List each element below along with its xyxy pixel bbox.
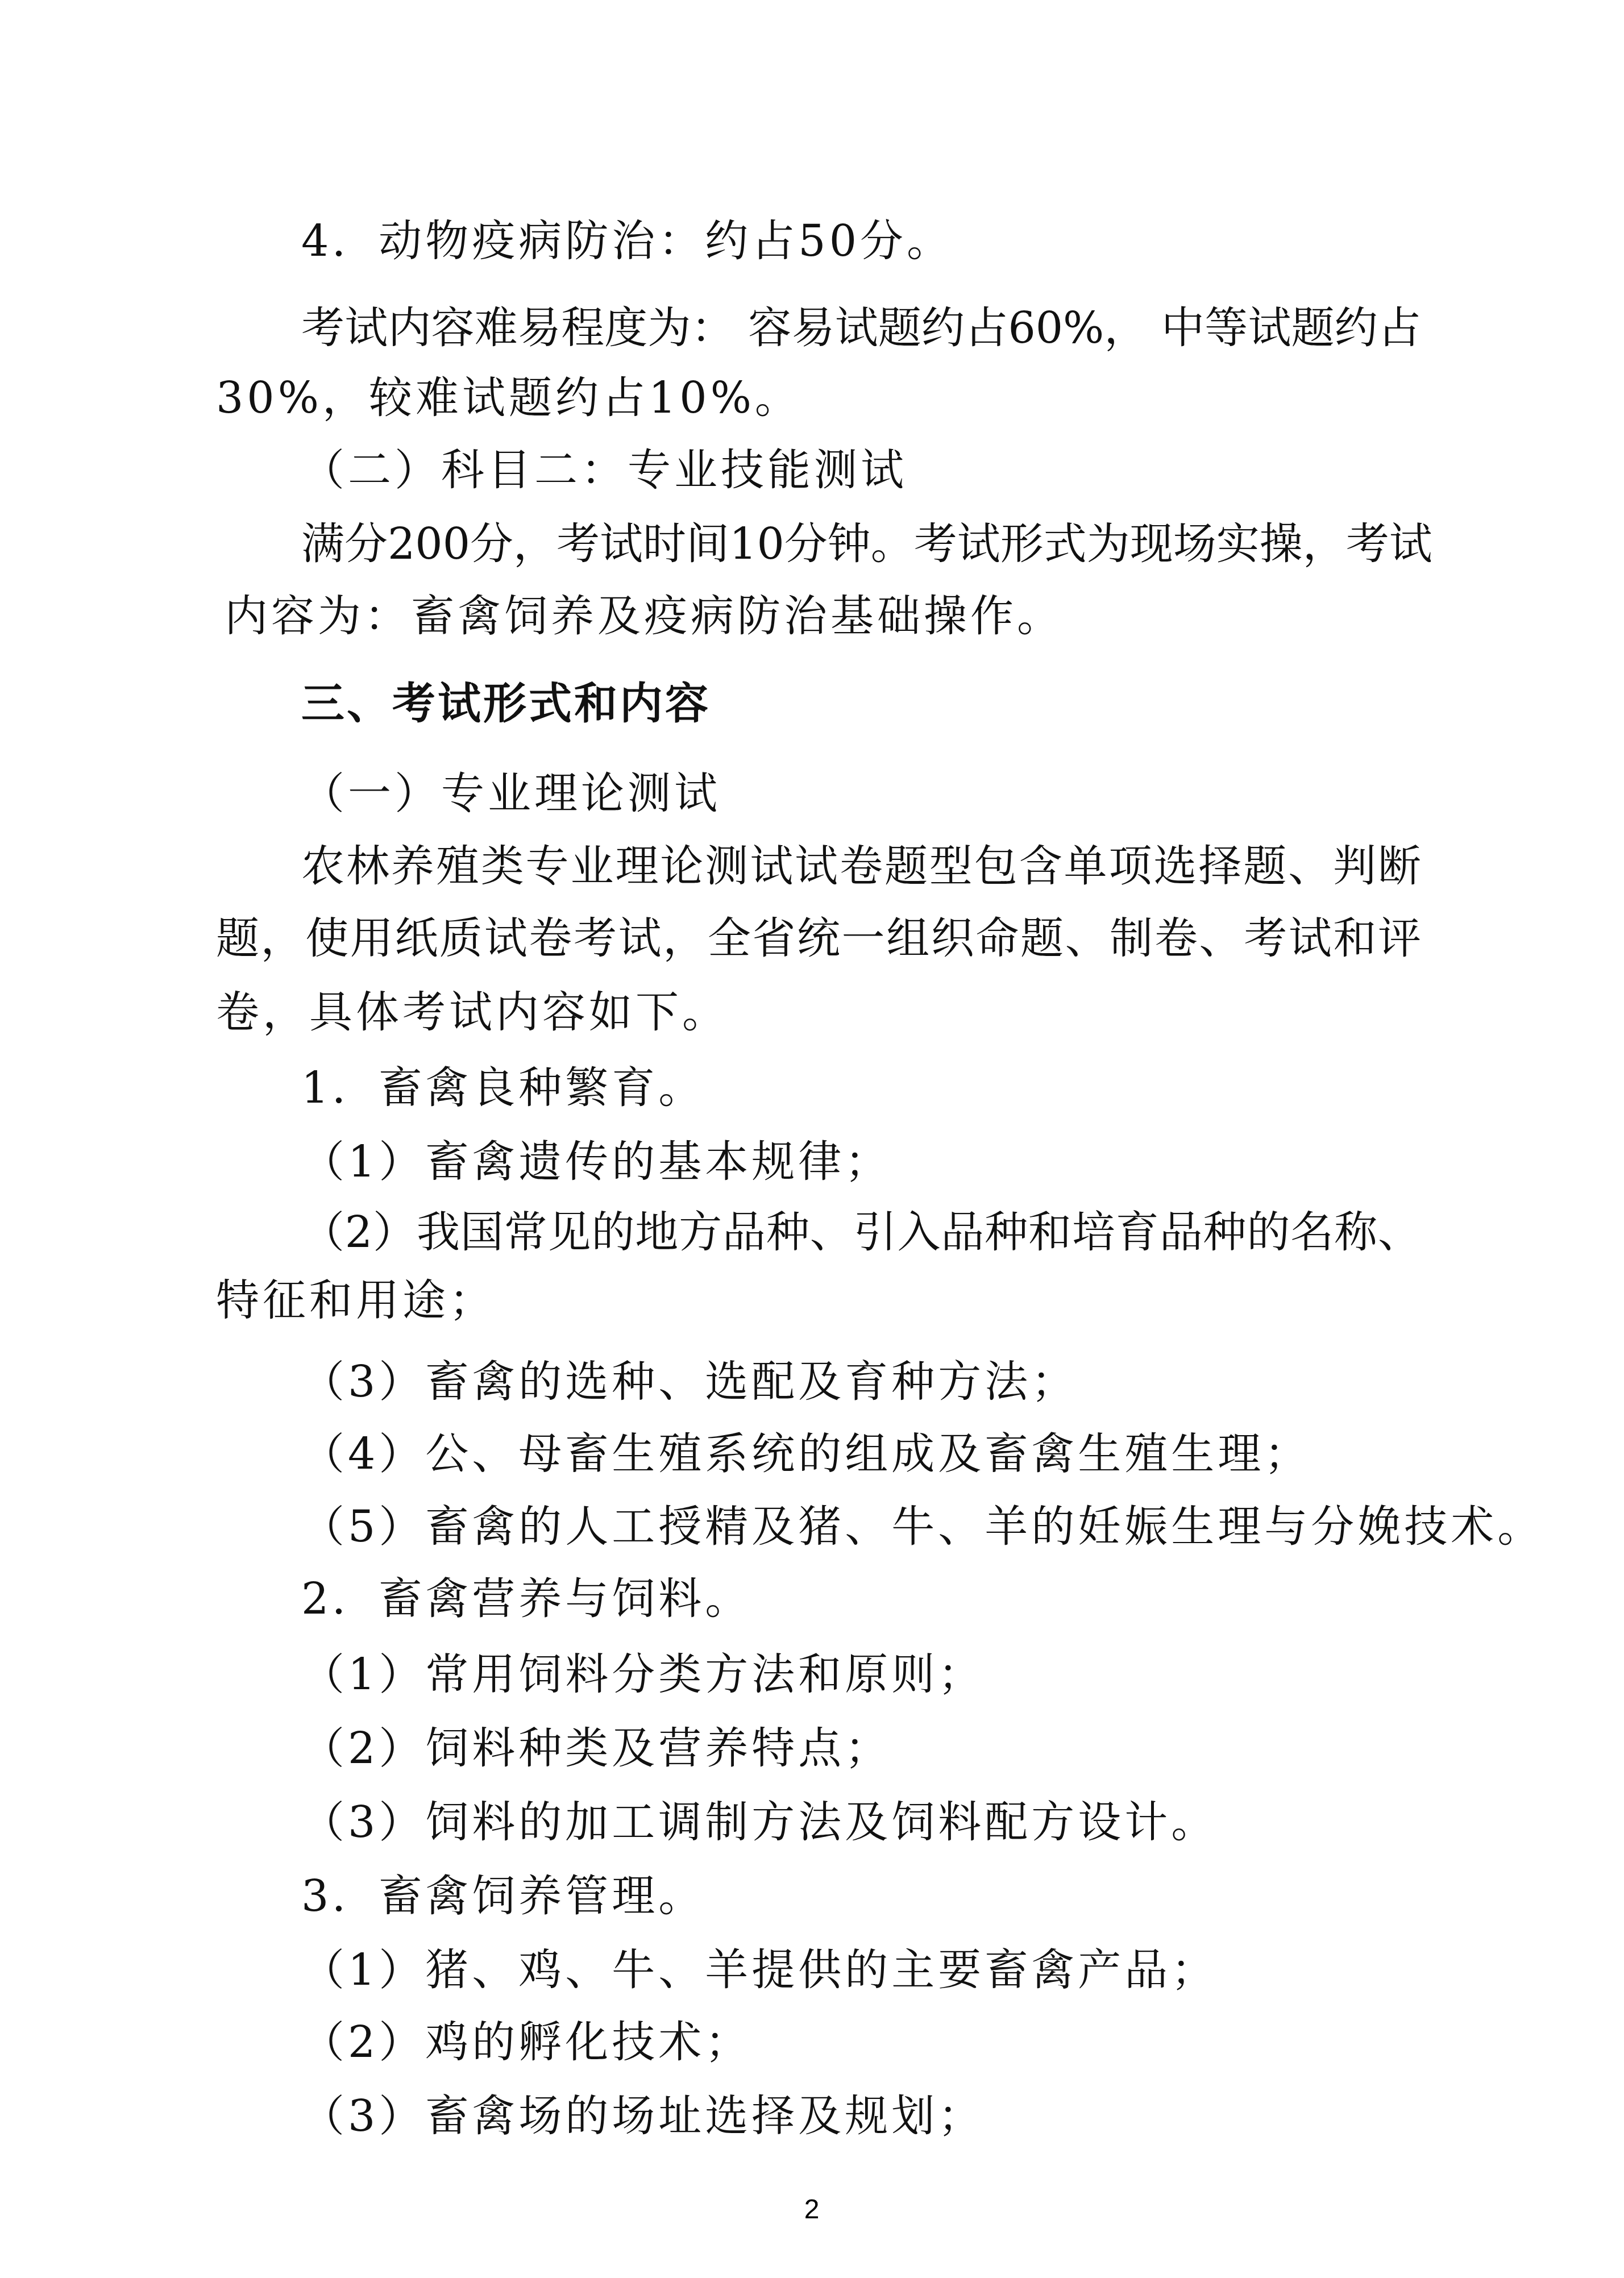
- list-item: （3）饲料的加工调制方法及饲料配方设计。: [301, 1794, 1218, 1851]
- list-item: （3）畜禽的选种、选配及育种方法；: [301, 1353, 1078, 1410]
- paragraph-skill-test-continued: 内容为：畜禽饲养及疫病防治基础操作。: [225, 588, 1064, 645]
- page-number: 2: [783, 2194, 840, 2225]
- list-item: （2）鸡的孵化技术；: [301, 2014, 751, 2071]
- list-item: （5）畜禽的人工授精及猪、牛、羊的妊娠生理与分娩技术。: [301, 1498, 1544, 1555]
- paragraph-theory-test: 农林养殖类专业理论测试试卷题型包含单项选择题、判断: [301, 838, 1421, 895]
- section-heading-three: 三、考试形式和内容: [301, 675, 711, 732]
- list-item: （2）饲料种类及营养特点；: [301, 1720, 891, 1777]
- list-item: （2）我国常见的地方品种、引入品种和培育品种的名称、: [301, 1204, 1421, 1261]
- list-item: （4）公、母畜生殖系统的组成及畜禽生殖生理；: [301, 1425, 1311, 1482]
- list-item: （1）畜禽遗传的基本规律；: [301, 1133, 891, 1190]
- paragraph-difficulty-continued: 30%，较难试题约占10%。: [216, 369, 801, 426]
- paragraph-skill-test: 满分200分，考试时间10分钟。考试形式为现场实操，考试: [301, 516, 1421, 572]
- paragraph-difficulty: 考试内容难易程度为： 容易试题约占60%， 中等试题约占: [301, 300, 1421, 356]
- paragraph-theory-test-end: 卷，具体考试内容如下。: [216, 984, 729, 1041]
- list-item: （3）畜禽场的场址选择及规划；: [301, 2088, 985, 2144]
- topic-heading-management: 3．畜禽饲养管理。: [301, 1868, 705, 1924]
- list-item-continued: 特征和用途；: [216, 1272, 496, 1329]
- paragraph-theory-test-continued: 题，使用纸质试卷考试，全省统一组织命题、制卷、考试和评: [216, 910, 1421, 967]
- subheading-theory-test: （一）专业理论测试: [301, 765, 721, 822]
- topic-heading-nutrition: 2．畜禽营养与饲料。: [301, 1570, 751, 1627]
- document-page: 4．动物疫病防治：约占50分。 考试内容难易程度为： 容易试题约占60%， 中等…: [0, 0, 1624, 2278]
- list-item: （1）猪、鸡、牛、羊提供的主要畜禽产品；: [301, 1942, 1218, 1998]
- list-item-animal-disease-prevention: 4．动物疫病防治：约占50分。: [301, 213, 953, 269]
- list-item: （1）常用饲料分类方法和原则；: [301, 1646, 985, 1703]
- topic-heading-breeding: 1．畜禽良种繁育。: [301, 1059, 705, 1116]
- subheading-subject-two: （二）科目二：专业技能测试: [301, 442, 907, 498]
